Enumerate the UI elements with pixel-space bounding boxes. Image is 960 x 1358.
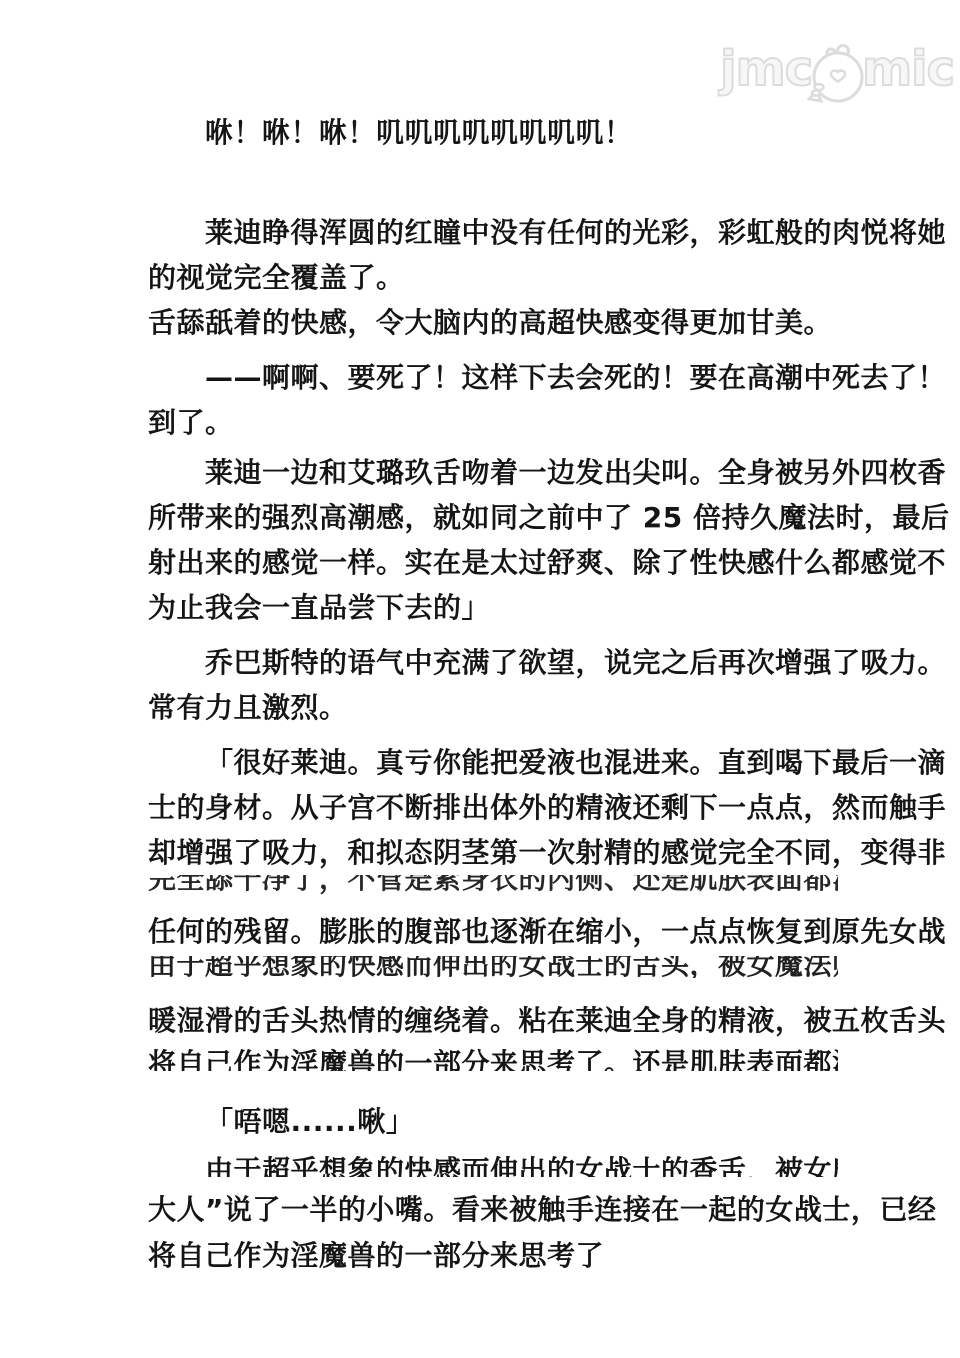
text-line: 任何的残留。膨胀的腹部也逐渐在缩小，一点点恢复到原先女战: [148, 909, 838, 954]
text-line: 士的身材。从子宫不断排出体外的精液还剩下一点点，然而触手: [148, 785, 838, 830]
text-line-clipped: 由于超乎想象的快感而伸出的女战士的舌头，被女魔法师温: [148, 956, 838, 978]
novel-text-body: 咻！咻！咻！叽叽叽叽叽叽叽叽！ 莱迪睁得浑圆的红瞳中没有任何的光彩，彩虹般的肉悦…: [148, 110, 838, 1268]
text-line-clipped: 由于超乎想象的快感而伸出的女战士的香舌，被女魔法师湿: [148, 1152, 838, 1177]
text-line: 咻！咻！咻！叽叽叽叽叽叽叽叽！: [148, 110, 838, 155]
novel-page: jmc mic 咻！咻！咻！叽叽叽叽叽叽叽叽！ 莱迪睁得浑圆的红瞳中没有任何的光…: [0, 0, 960, 1358]
text-line: 莱迪一边和艾璐玖舌吻着一边发出尖叫。全身被另外四枚香: [148, 450, 838, 495]
text-line: 莱迪睁得浑圆的红瞳中没有任何的光彩，彩虹般的肉悦将她: [148, 210, 838, 255]
text-line: 「很好莱迪。真亏你能把爱液也混进来。直到喝下最后一滴: [148, 740, 838, 785]
watermark-text-right: mic: [862, 41, 954, 97]
watermark-text-left: jmc: [720, 41, 812, 97]
text-line: 舌舔舐着的快感，令大脑内的高超快感变得更加甘美。: [148, 300, 838, 345]
text-line: 的视觉完全覆盖了。: [148, 255, 838, 300]
fish-mascot-icon: [812, 38, 862, 100]
text-line: ——啊啊、要死了！这样下去会死的！要在高潮中死去了！: [148, 355, 838, 400]
text-line: 所带来的强烈高潮感，就如同之前中了 25 倍持久魔法时，最后: [148, 495, 838, 540]
text-line: 大人”说了一半的小嘴。看来被触手连接在一起的女战士，已经: [148, 1187, 838, 1232]
text-line: 暖湿滑的舌头热情的缠绕着。粘在莱迪全身的精液，被五枚舌头: [148, 998, 838, 1043]
text-line: 射出来的感觉一样。实在是太过舒爽、除了性快感什么都感觉不: [148, 540, 838, 585]
text-line: 却增强了吸力，和拟态阴茎第一次射精的感觉完全不同，变得非: [148, 830, 838, 875]
text-line: 「唔嗯......啾」: [148, 1099, 838, 1144]
jmcomic-watermark: jmc mic: [720, 38, 954, 100]
text-line: 到了。: [148, 400, 838, 445]
text-line: 乔巴斯特的语气中充满了欲望，说完之后再次增强了吸力。: [148, 640, 838, 685]
text-line: 常有力且激烈。: [148, 685, 838, 730]
text-line-clipped: 将自己作为淫魔兽的一部分来思考了: [148, 1238, 838, 1268]
text-line-clipped: 完全舔干净了，不管是紧身衣的内侧、还是肌肤表面都没有剩下: [148, 875, 838, 901]
text-line-clipped: 将自己作为淫魔兽的一部分来思考了。还是肌肤表面都没有剩下: [148, 1045, 838, 1071]
text-line: 为止我会一直品尝下去的」: [148, 585, 838, 630]
